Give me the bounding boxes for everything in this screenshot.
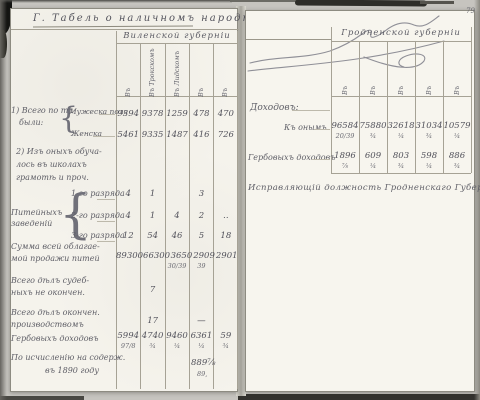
column-header-district: Въ Трокскомъ	[140, 45, 164, 97]
table-row: 17 —	[116, 316, 238, 326]
cell-value: 75880	[359, 121, 387, 131]
cell-value: 889⅞	[191, 358, 215, 368]
cell-value: 46	[165, 231, 189, 241]
cell-value: 31034	[415, 121, 443, 131]
scan-bottom-bar	[0, 396, 84, 400]
cell-value: 9335	[140, 130, 164, 140]
cell-value: 4740	[140, 331, 164, 341]
cell-value: 1	[140, 189, 164, 199]
cell-value: 66300	[143, 251, 170, 261]
column-header-district: Въ Брестскомъ	[359, 43, 387, 95]
cell-fraction: 89,	[197, 370, 207, 378]
cell-fraction: ¼	[189, 342, 213, 350]
table-row: 12 54 46 5 18	[116, 231, 238, 241]
cell-value: 3	[189, 189, 213, 199]
cell-value: 12	[116, 231, 140, 241]
cell-value: 17	[140, 316, 164, 326]
row-label: Сумма всей облагае-	[11, 242, 100, 251]
note-line: грамотѣ и проч.	[16, 173, 89, 182]
row-label: производствомъ	[11, 320, 84, 329]
cell-value: —	[189, 316, 213, 326]
note-line: 2) Изъ оныхъ обуча-	[16, 147, 102, 156]
closing-line: Исправляющій должность Гродненскаго Губе…	[248, 183, 480, 193]
cell-value: 54	[140, 231, 164, 241]
left-page-title: Г. Табель о наличномъ народѣ	[33, 13, 253, 24]
table-line	[471, 27, 472, 173]
table-row-fractions: 97/8 ¾ ¼ ¼ ¾	[116, 342, 238, 350]
cell-value	[189, 285, 213, 295]
scanned-ledger-spread: Г. Табель о наличномъ народѣ Виленской г…	[0, 0, 480, 400]
leader-line	[312, 159, 330, 160]
cell-value	[116, 285, 140, 295]
cell-value: 96584	[331, 121, 359, 131]
cell-fraction: ¾	[415, 132, 443, 140]
row-label: Гербовыхъ доходовъ	[11, 334, 99, 343]
table-row-fractions: 30/39 39	[116, 262, 238, 270]
right-governorate-header: Гродненской губерніи	[331, 28, 471, 38]
table-row: 9394 9378 1259 478 470	[116, 109, 238, 119]
cell-value: 1	[140, 211, 164, 221]
cell-fraction: ¾	[214, 342, 238, 350]
cell-value: 6361	[189, 331, 213, 341]
cell-value: 9394	[116, 109, 140, 119]
cell-value: 32618	[387, 121, 415, 131]
column-header-district: Въ Слонимскомъ	[443, 43, 471, 95]
row-label: были:	[19, 118, 43, 127]
cell-value: 598	[415, 151, 443, 161]
row-label: Къ онымъ	[284, 123, 327, 132]
cell-value: 5	[189, 231, 213, 241]
table-line	[331, 173, 471, 174]
table-line	[246, 39, 331, 40]
right-page: 79 Гродненской губерніи Въ Гродненскомъ …	[245, 10, 475, 392]
cell-value: 803	[387, 151, 415, 161]
row-label: Всего дѣлъ окончен.	[11, 308, 100, 317]
cell-fraction: 30/39	[165, 262, 189, 270]
left-governorate-header: Виленской губерніи	[116, 31, 238, 41]
cell-value: 3650	[170, 251, 193, 261]
cell-value: 2909	[193, 251, 216, 261]
cell-value: 609	[359, 151, 387, 161]
table-line	[116, 43, 238, 44]
row-label: въ 1890 году	[45, 366, 99, 375]
column-header-district: Въ Свѣнцянскомъ	[213, 45, 237, 97]
row-label: По исчисленію на содерж.	[11, 353, 125, 362]
row-label: Гербовыхъ доходовъ	[248, 153, 336, 162]
cell-fraction: 97/8	[116, 342, 140, 350]
page-number: 79	[466, 7, 475, 15]
scan-top-smear	[420, 1, 454, 4]
leader-line	[314, 129, 330, 130]
column-header-district: Въ Ошмянскомъ	[189, 45, 213, 97]
cell-value: 10579	[443, 121, 471, 131]
scan-top-smear	[295, 0, 427, 6]
cell-value	[214, 189, 238, 199]
cell-value: 1259	[165, 109, 189, 119]
cell-fraction: ⅞	[331, 162, 359, 170]
cell-value: 478	[189, 109, 213, 119]
cell-fraction: ¼	[443, 132, 471, 140]
table-row: 5461 9335 1487 416 726	[116, 130, 238, 140]
cell-value: 416	[189, 130, 213, 140]
cell-fraction: 20/39	[331, 132, 359, 140]
table-row: 1896 609 803 598 886	[331, 151, 471, 161]
cell-fraction	[140, 262, 164, 270]
cell-value	[116, 316, 140, 326]
cell-value: 5994	[116, 331, 140, 341]
row-label: мой продажи питей	[11, 254, 100, 263]
table-row: 4 1 3	[116, 189, 238, 199]
title-underline	[33, 25, 193, 27]
cell-value: 470	[214, 109, 238, 119]
table-row: 89300 66300 3650 2909 2901	[116, 251, 238, 261]
cell-value	[165, 189, 189, 199]
table-row: 7	[116, 285, 238, 295]
table-row: 4 1 4 2 ‥	[116, 211, 238, 221]
cell-value: ‥	[214, 211, 238, 221]
row-label: Всего дѣлъ судеб-	[11, 276, 89, 285]
cell-fraction: ¼	[359, 162, 387, 170]
note-line: лось въ школахъ	[16, 160, 87, 169]
cell-fraction: ¼	[165, 342, 189, 350]
cell-value: 2	[189, 211, 213, 221]
leader-line	[97, 221, 115, 222]
table-line	[11, 29, 239, 30]
leader-line	[97, 199, 115, 200]
leader-line	[99, 114, 115, 115]
cell-fraction: ¾	[140, 342, 164, 350]
row-label: заведеній	[11, 219, 52, 228]
column-header-district: Въ Кобринскомъ	[415, 43, 443, 95]
cell-value: 89300	[116, 251, 143, 261]
cell-fraction: ¼	[387, 132, 415, 140]
cell-value: 1487	[165, 130, 189, 140]
row-label: ныхъ не окончен.	[11, 288, 85, 297]
cell-fraction: ¾	[359, 132, 387, 140]
cell-value: 886	[443, 151, 471, 161]
cell-value: 7	[140, 285, 164, 295]
scan-edge-smudge	[230, 0, 300, 2]
column-header-district: Въ Волковыскомъ	[387, 43, 415, 95]
scan-bottom-bar	[238, 394, 480, 400]
cell-value: 4	[165, 211, 189, 221]
cell-value: 5461	[116, 130, 140, 140]
row-label: Питейныхъ	[11, 208, 62, 217]
left-page: Г. Табель о наличномъ народѣ Виленской г…	[10, 8, 238, 392]
column-header-district: Въ Гродненскомъ	[331, 43, 359, 95]
cell-value: 9460	[165, 331, 189, 341]
cell-value: 2901	[215, 251, 238, 261]
leader-line	[292, 110, 330, 111]
cell-value	[165, 285, 189, 295]
scan-left-edge-shadow	[0, 0, 7, 400]
cell-fraction: ¾	[387, 162, 415, 170]
cell-fraction: ¼	[415, 162, 443, 170]
section-label: Доходовъ:	[250, 103, 299, 113]
cell-value: 4	[116, 189, 140, 199]
cell-fraction: ¾	[443, 162, 471, 170]
cell-fraction	[116, 262, 140, 270]
cell-value: 726	[214, 130, 238, 140]
cell-value: 18	[214, 231, 238, 241]
column-header-district: Въ Виленскомъ	[116, 45, 140, 97]
table-row-fractions: 20/39 ¾ ¼ ¾ ¼	[331, 132, 471, 140]
cell-fraction	[214, 262, 238, 270]
column-header-district: Въ Лидскомъ	[165, 45, 189, 97]
cell-fraction: 39	[189, 262, 213, 270]
table-line	[331, 41, 471, 42]
cell-value	[214, 316, 238, 326]
cell-value: 9378	[140, 109, 164, 119]
cell-value	[165, 316, 189, 326]
cell-value	[214, 285, 238, 295]
table-row: 96584 75880 32618 31034 10579	[331, 121, 471, 131]
table-row: 5994 4740 9460 6361 59	[116, 331, 238, 341]
table-row-fractions: ⅞ ¼ ¾ ¼ ¾	[331, 162, 471, 170]
leader-line	[93, 136, 115, 137]
scan-edge-smudge	[0, 0, 232, 3]
cell-value: 1896	[331, 151, 359, 161]
cell-value: 4	[116, 211, 140, 221]
table-line	[331, 96, 471, 97]
cell-value: 59	[214, 331, 238, 341]
